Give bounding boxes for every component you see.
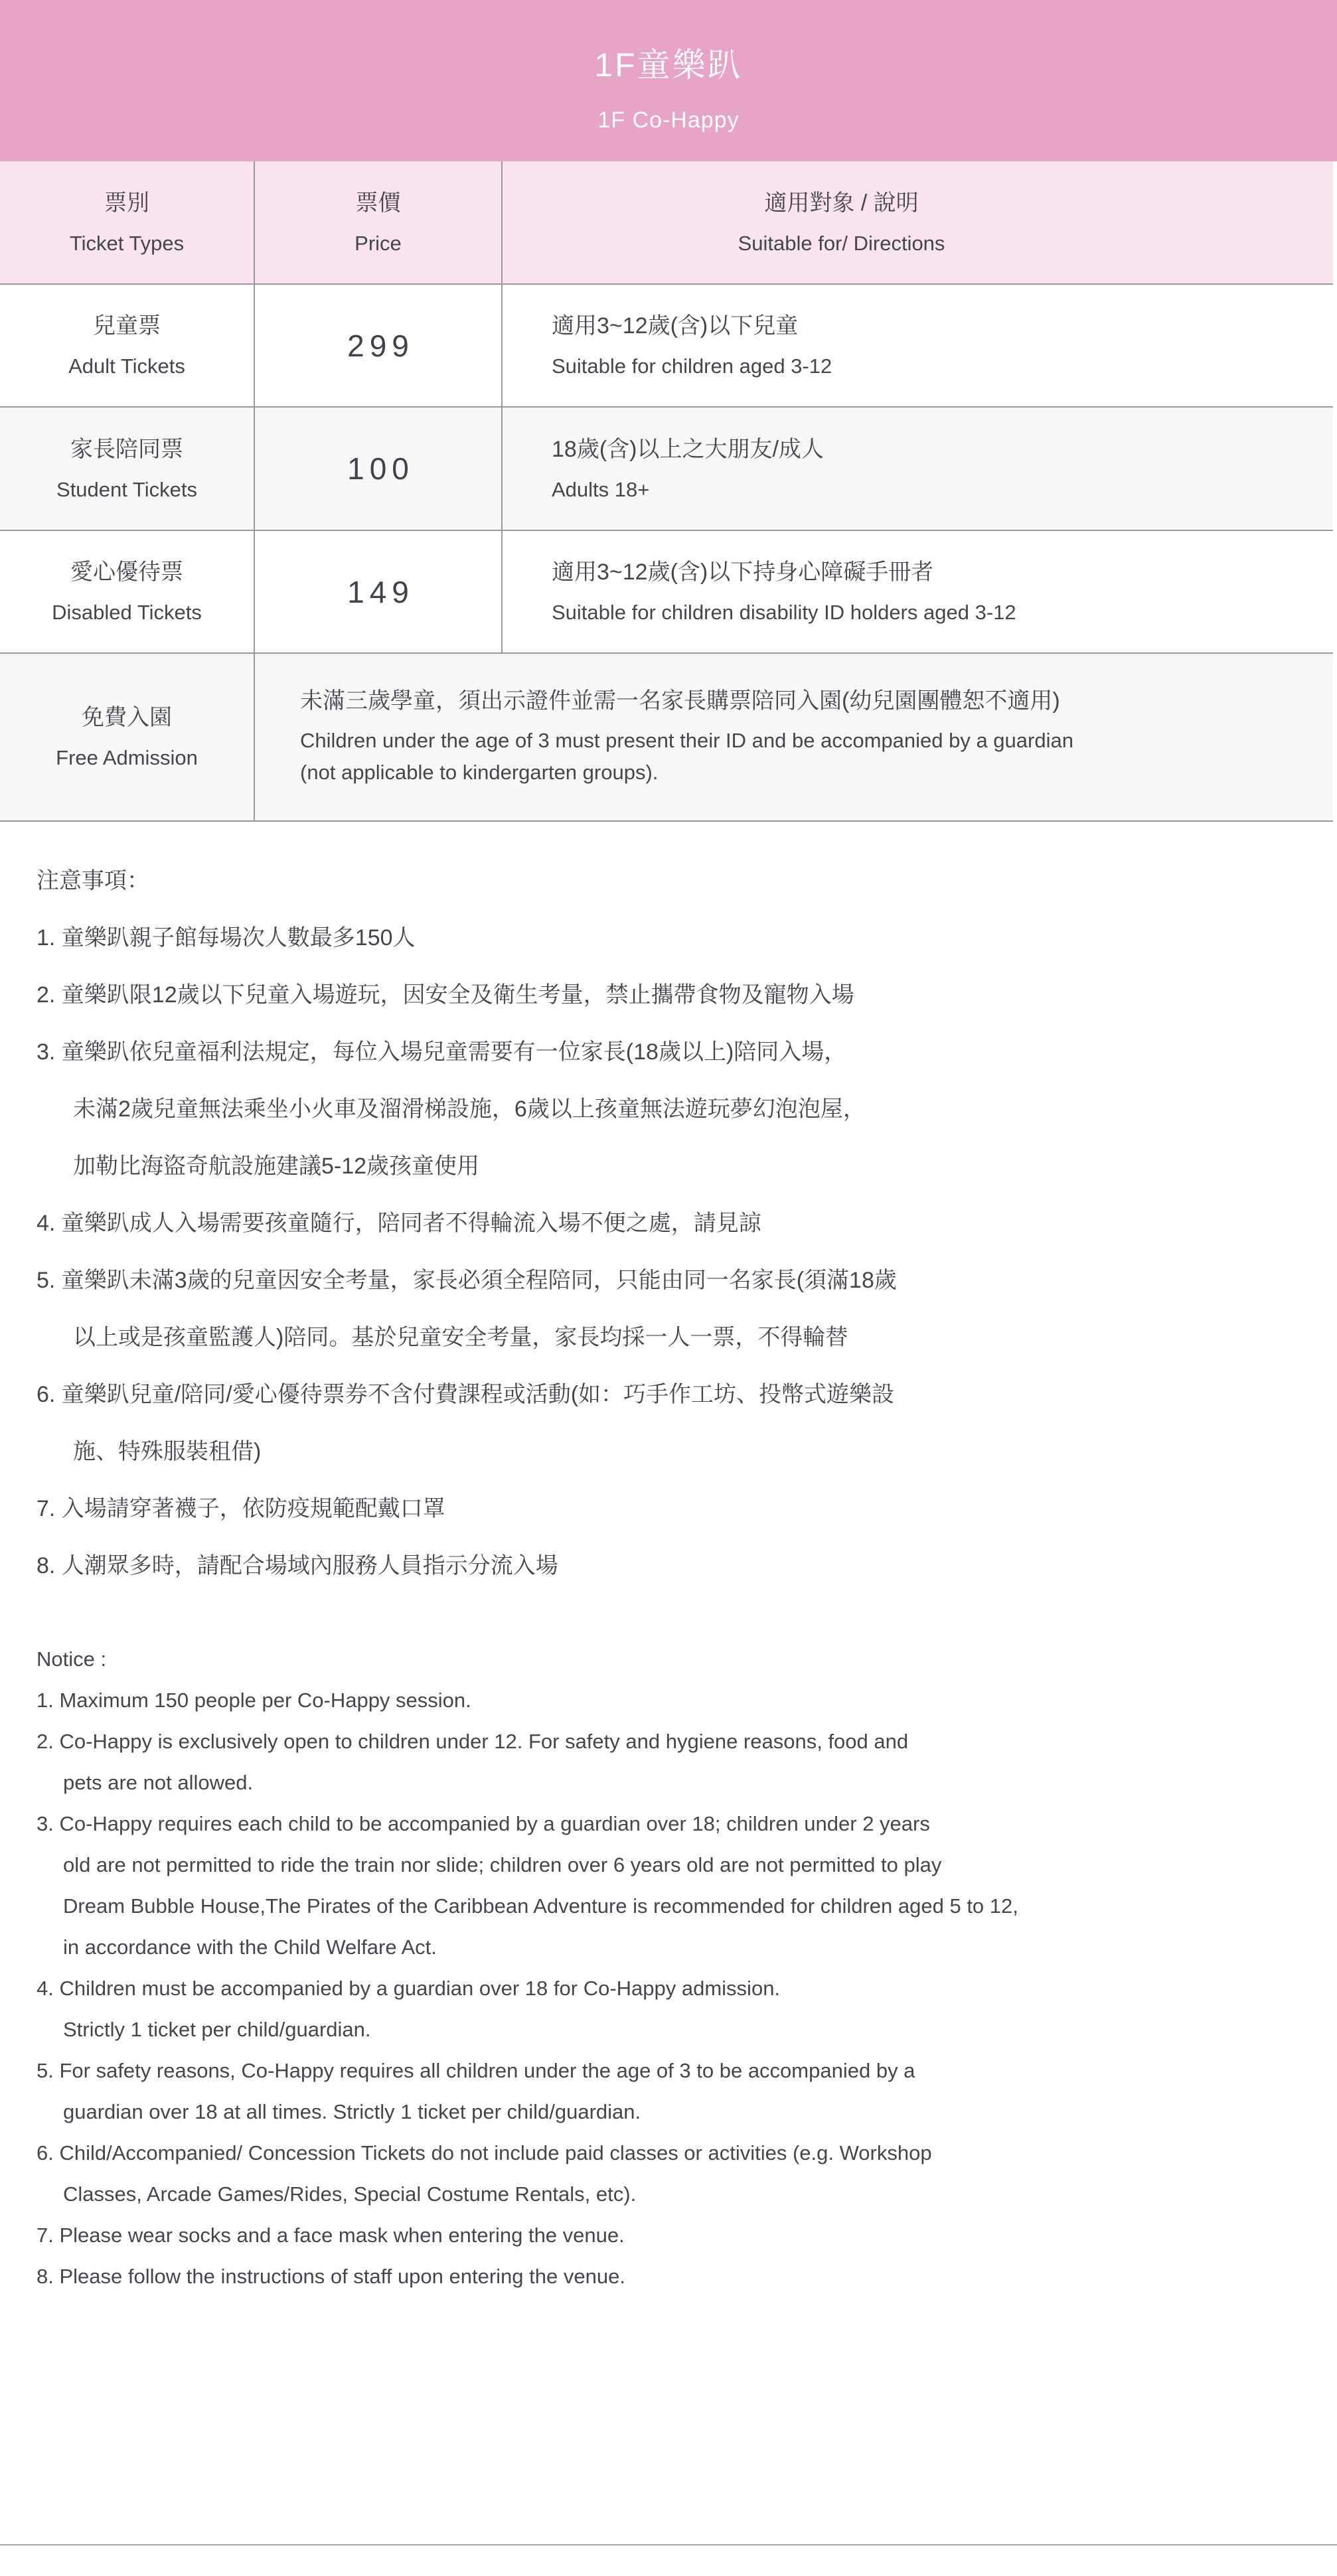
ticket-type-zh: 家長陪同票 [0,435,254,464]
note-line-zh: 5. 童樂趴未滿3歲的兒童因安全考量，家長必須全程陪同，只能由同一名家長(須滿1… [37,1252,1337,1309]
description-en: Suitable for children disability ID hold… [552,599,1333,626]
note-line-zh: 8. 人潮眾多時，請配合場域內服務人員指示分流入場 [37,1537,1337,1594]
note-line-en: 5. For safety reasons, Co-Happy requires… [37,2050,1337,2091]
description-en: Suitable for children aged 3-12 [552,353,1333,380]
ticket-type-en: Adult Tickets [0,353,254,380]
price-value: 100 [255,451,501,487]
description-zh: 適用3~12歲(含)以下持身心障礙手冊者 [552,558,1333,587]
description-en: Adults 18+ [552,477,1333,503]
description-zh: 18歲(含)以上之大朋友/成人 [552,435,1333,464]
header-suitable-for-zh: 適用對象 / 說明 [503,189,1180,218]
cell-ticket-type: 愛心優待票 Disabled Tickets [0,530,254,653]
header-price: 票價 Price [254,161,502,284]
description-zh: 適用3~12歲(含)以下兒童 [552,311,1333,341]
note-line-en: Classes, Arcade Games/Rides, Special Cos… [37,2174,1337,2215]
table-row-concession-ticket: 愛心優待票 Disabled Tickets 149 適用3~12歲(含)以下持… [0,530,1333,653]
note-line-en: Strictly 1 ticket per child/guardian. [37,2009,1337,2050]
header-ticket-types: 票別 Ticket Types [0,161,254,284]
ticket-type-zh: 兒童票 [0,311,254,341]
table-row-free-admission: 免費入園 Free Admission 未滿三歲學童，須出示證件並需一名家長購票… [0,653,1333,821]
notes-en-heading: Notice : [37,1639,1337,1680]
note-line-en: old are not permitted to ride the train … [37,1845,1337,1886]
ticket-type-en: Free Admission [0,745,254,771]
note-line-en: in accordance with the Child Welfare Act… [37,1927,1337,1968]
note-line-en: 8. Please follow the instructions of sta… [37,2256,1337,2297]
cell-price: 299 [254,284,502,407]
table-row-child-ticket: 兒童票 Adult Tickets 299 適用3~12歲(含)以下兒童 Sui… [0,284,1333,407]
bottom-divider [0,2544,1337,2545]
cell-ticket-type: 家長陪同票 Student Tickets [0,407,254,530]
note-line-zh: 2. 童樂趴限12歲以下兒童入場遊玩，因安全及衛生考量，禁止攜帶食物及寵物入場 [37,966,1337,1023]
header-price-zh: 票價 [255,189,501,218]
note-line-en: 3. Co-Happy requires each child to be ac… [37,1803,1337,1845]
cell-ticket-type: 免費入園 Free Admission [0,653,254,821]
price-value: 299 [255,328,501,364]
ticket-type-en: Disabled Tickets [0,599,254,626]
note-line-zh: 以上或是孩童監護人)陪同。基於兒童安全考量，家長均採一人一票，不得輪替 [37,1309,1337,1366]
note-line-en: Dream Bubble House,The Pirates of the Ca… [37,1886,1337,1927]
ticket-type-zh: 免費入園 [0,703,254,732]
description-zh: 未滿三歲學童，須出示證件並需一名家長購票陪同入園(幼兒園團體恕不適用) [300,686,1333,716]
header-ticket-types-zh: 票別 [0,189,254,218]
page-subtitle: 1F Co-Happy [0,105,1337,135]
note-line-en: 1. Maximum 150 people per Co-Happy sessi… [37,1680,1337,1721]
cell-description: 適用3~12歲(含)以下兒童 Suitable for children age… [502,284,1333,407]
header-price-en: Price [255,230,501,257]
cell-price: 100 [254,407,502,530]
notes-section-zh: 注意事項： 1. 童樂趴親子館每場次人數最多150人2. 童樂趴限12歲以下兒童… [37,852,1337,1594]
note-line-en: pets are not allowed. [37,1762,1337,1803]
description-en: Children under the age of 3 must present… [300,725,1333,789]
note-line-zh: 3. 童樂趴依兒童福利法規定，每位入場兒童需要有一位家長(18歲以上)陪同入場， [37,1023,1337,1081]
header-suitable-for: 適用對象 / 說明 Suitable for/ Directions [502,161,1333,284]
cell-price: 149 [254,530,502,653]
note-line-en: 6. Child/Accompanied/ Concession Tickets… [37,2133,1337,2174]
note-line-en: 4. Children must be accompanied by a gua… [37,1968,1337,2009]
note-line-zh: 未滿2歲兒童無法乘坐小火車及溜滑梯設施，6歲以上孩童無法遊玩夢幻泡泡屋， [37,1081,1337,1138]
ticket-type-zh: 愛心優待票 [0,558,254,587]
notes-zh-heading: 注意事項： [37,852,1337,909]
note-line-zh: 施、特殊服裝租借) [37,1423,1337,1480]
cell-ticket-type: 兒童票 Adult Tickets [0,284,254,407]
note-line-en: guardian over 18 at all times. Strictly … [37,2091,1337,2133]
note-line-zh: 7. 入場請穿著襪子，依防疫規範配戴口罩 [37,1480,1337,1537]
note-line-en: 2. Co-Happy is exclusively open to child… [37,1721,1337,1762]
note-line-en: 7. Please wear socks and a face mask whe… [37,2215,1337,2256]
page-banner: 1F童樂趴 1F Co-Happy [0,0,1337,161]
cell-free-admission-description: 未滿三歲學童，須出示證件並需一名家長購票陪同入園(幼兒園團體恕不適用) Chil… [254,653,1333,821]
header-ticket-types-en: Ticket Types [0,230,254,257]
note-line-zh: 6. 童樂趴兒童/陪同/愛心優待票券不含付費課程或活動(如：巧手作工坊、投幣式遊… [37,1366,1337,1423]
table-header-row: 票別 Ticket Types 票價 Price 適用對象 / 說明 Suita… [0,161,1333,284]
price-value: 149 [255,574,501,610]
cell-description: 適用3~12歲(含)以下持身心障礙手冊者 Suitable for childr… [502,530,1333,653]
table-row-guardian-ticket: 家長陪同票 Student Tickets 100 18歲(含)以上之大朋友/成… [0,407,1333,530]
cell-description: 18歲(含)以上之大朋友/成人 Adults 18+ [502,407,1333,530]
page-title: 1F童樂趴 [0,0,1337,88]
note-line-zh: 加勒比海盜奇航設施建議5-12歲孩童使用 [37,1138,1337,1195]
note-line-zh: 1. 童樂趴親子館每場次人數最多150人 [37,909,1337,966]
header-suitable-for-en: Suitable for/ Directions [503,230,1180,257]
note-line-zh: 4. 童樂趴成人入場需要孩童隨行，陪同者不得輪流入場不便之處，請見諒 [37,1195,1337,1252]
ticket-price-table: 票別 Ticket Types 票價 Price 適用對象 / 說明 Suita… [0,161,1333,822]
notes-section-en: Notice : 1. Maximum 150 people per Co-Ha… [37,1639,1337,2297]
ticket-type-en: Student Tickets [0,477,254,503]
